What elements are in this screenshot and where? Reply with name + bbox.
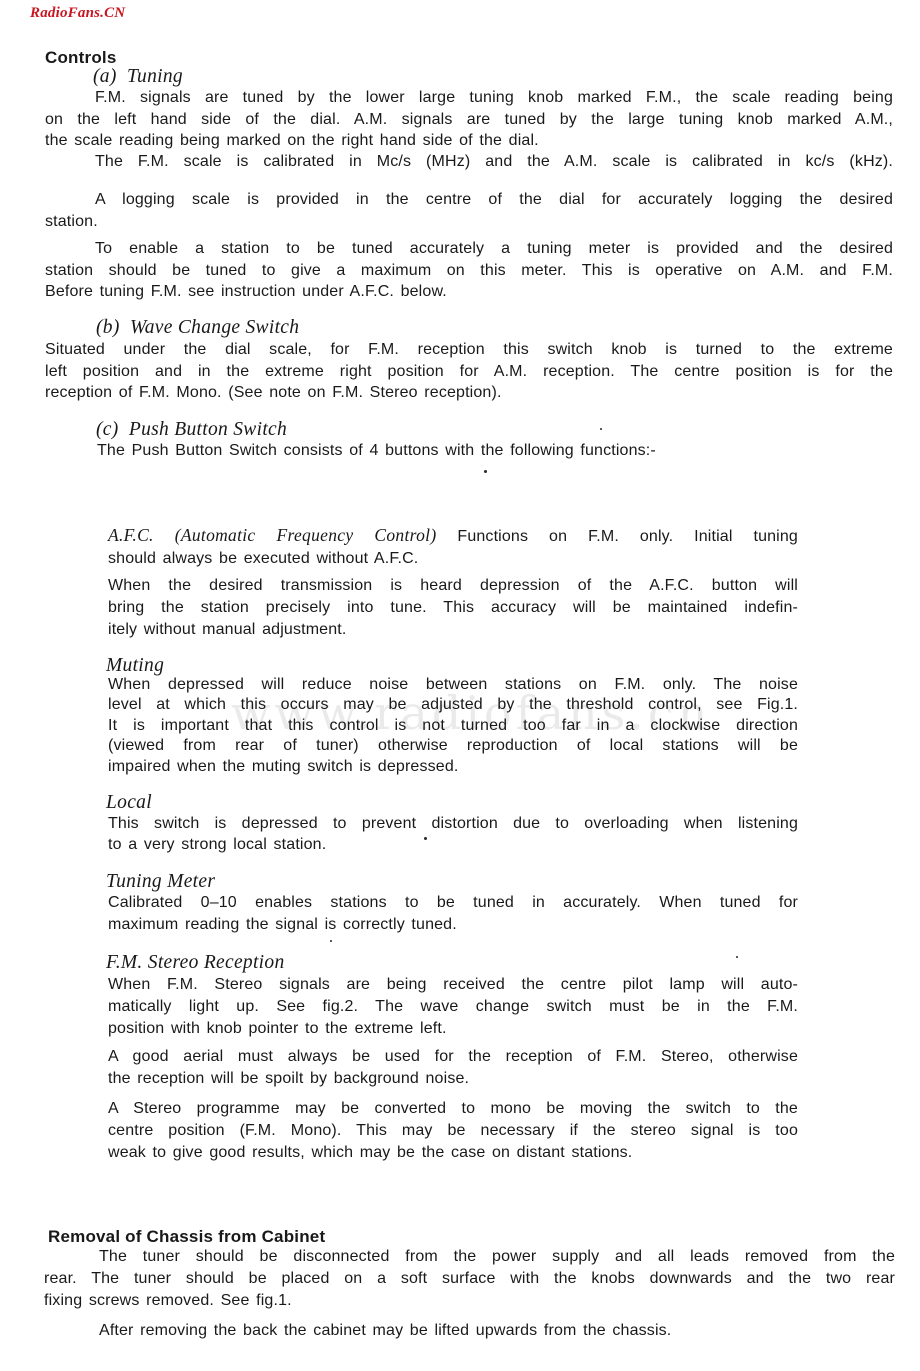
paragraph-line: Calibrated 0–10 enables stations to be t…: [108, 892, 798, 914]
paragraph-line: maximum reading the signal is correctly …: [108, 914, 798, 936]
scan-speck: [484, 470, 487, 473]
subsection-heading: (a) Tuning: [93, 66, 183, 88]
paragraph: Calibrated 0–10 enables stations to be t…: [108, 892, 798, 936]
paragraph-line: itely without manual adjustment.: [108, 619, 798, 641]
paragraph-line: F.M. signals are tuned by the lower larg…: [45, 87, 893, 109]
paragraph: A Stereo programme may be converted to m…: [108, 1098, 798, 1164]
paragraph-line: to a very strong local station.: [108, 834, 798, 855]
paragraph-line: A.F.C. (Automatic Frequency Control) Fun…: [108, 524, 798, 548]
paragraph-line: When depressed will reduce noise between…: [108, 675, 798, 695]
paragraph-line: A Stereo programme may be converted to m…: [108, 1098, 798, 1120]
scan-speck: [600, 428, 602, 430]
paragraph-line: bring the station precisely into tune. T…: [108, 597, 798, 619]
document-content: Controls(a) TuningF.M. signals are tuned…: [0, 0, 920, 1371]
paragraph-line: A good aerial must always be used for th…: [108, 1046, 798, 1068]
paragraph-line: on the left hand side of the dial. A.M. …: [45, 109, 893, 131]
paragraph-line: The tuner should be disconnected from th…: [44, 1246, 895, 1268]
paragraph-line: When F.M. Stereo signals are being recei…: [108, 974, 798, 996]
paragraph-line: position with knob pointer to the extrem…: [108, 1018, 798, 1040]
paragraph: A.F.C. (Automatic Frequency Control) Fun…: [108, 524, 798, 570]
paragraph-line: rear. The tuner should be placed on a so…: [44, 1268, 895, 1290]
paragraph-line: fixing screws removed. See fig.1.: [44, 1290, 895, 1312]
paragraph: A logging scale is provided in the centr…: [45, 189, 893, 233]
subsection-heading: (c) Push Button Switch: [96, 419, 287, 441]
paragraph-line: After removing the back the cabinet may …: [44, 1320, 895, 1342]
paragraph-line: The Push Button Switch consists of 4 but…: [97, 440, 827, 462]
paragraph-line: matically light up. See fig.2. The wave …: [108, 996, 798, 1018]
scan-speck: [424, 837, 427, 840]
paragraph-line: the scale reading being marked on the ri…: [45, 130, 893, 152]
paragraph: When the desired transmission is heard d…: [108, 575, 798, 641]
paragraph: F.M. signals are tuned by the lower larg…: [45, 87, 893, 152]
subsection-heading: Local: [106, 792, 152, 814]
paragraph: The Push Button Switch consists of 4 but…: [97, 440, 827, 462]
subsection-heading: (b) Wave Change Switch: [96, 317, 299, 339]
paragraph: A good aerial must always be used for th…: [108, 1046, 798, 1090]
paragraph-line: level at which this occurs may be adjust…: [108, 695, 798, 715]
paragraph-line: When the desired transmission is heard d…: [108, 575, 798, 597]
paragraph-line: weak to give good results, which may be …: [108, 1142, 798, 1164]
section-heading: Removal of Chassis from Cabinet: [48, 1227, 325, 1247]
paragraph-line: should always be executed without A.F.C.: [108, 548, 798, 570]
paragraph: Situated under the dial scale, for F.M. …: [45, 339, 893, 404]
paragraph-line: station.: [45, 211, 893, 233]
paragraph-line: the reception will be spoilt by backgrou…: [108, 1068, 798, 1090]
paragraph: After removing the back the cabinet may …: [44, 1320, 895, 1342]
paragraph-line: (viewed from rear of tuner) otherwise re…: [108, 736, 798, 756]
paragraph-line: Before tuning F.M. see instruction under…: [45, 281, 893, 303]
subsection-heading: Tuning Meter: [106, 871, 215, 893]
paragraph-line: left position and in the extreme right p…: [45, 361, 893, 383]
paragraph: To enable a station to be tuned accurate…: [45, 238, 893, 303]
scan-speck: [736, 956, 738, 958]
italic-lead: A.F.C. (Automatic Frequency Control): [108, 525, 436, 545]
paragraph-line: Situated under the dial scale, for F.M. …: [45, 339, 893, 361]
paragraph: The tuner should be disconnected from th…: [44, 1246, 895, 1311]
scan-speck: [330, 940, 332, 942]
scanned-manual-page: www.radiofans.cn RadioFans.CN Controls(a…: [0, 0, 920, 1371]
paragraph-line: The F.M. scale is calibrated in Mc/s (MH…: [45, 151, 893, 173]
paragraph-line: A logging scale is provided in the centr…: [45, 189, 893, 211]
paragraph: When depressed will reduce noise between…: [108, 675, 798, 777]
paragraph: The F.M. scale is calibrated in Mc/s (MH…: [45, 151, 893, 173]
paragraph: When F.M. Stereo signals are being recei…: [108, 974, 798, 1040]
section-heading: Controls: [45, 48, 116, 68]
paragraph-line: It is important that this control is not…: [108, 716, 798, 736]
paragraph-line: To enable a station to be tuned accurate…: [45, 238, 893, 260]
paragraph-line: centre position (F.M. Mono). This may be…: [108, 1120, 798, 1142]
text-segment: Functions on F.M. only. Initial tuning: [436, 528, 798, 545]
paragraph-line: impaired when the muting switch is depre…: [108, 757, 798, 777]
paragraph-line: This switch is depressed to prevent dist…: [108, 813, 798, 834]
paragraph-line: reception of F.M. Mono. (See note on F.M…: [45, 382, 893, 404]
subsection-heading: F.M. Stereo Reception: [106, 952, 285, 974]
subsection-heading: Muting: [106, 655, 164, 677]
paragraph: This switch is depressed to prevent dist…: [108, 813, 798, 855]
paragraph-line: station should be tuned to give a maximu…: [45, 260, 893, 282]
